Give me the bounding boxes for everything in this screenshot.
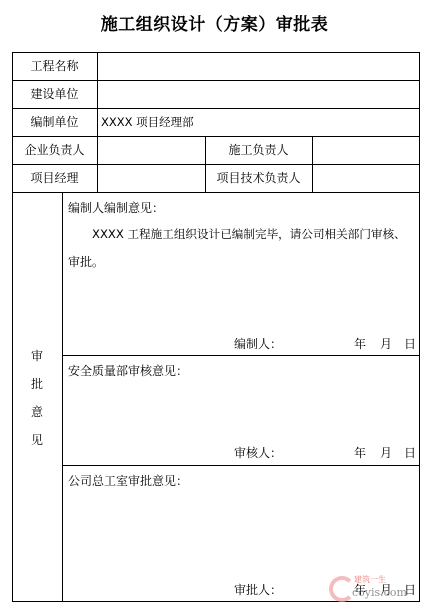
signer-label: 审核人： [234, 444, 282, 461]
date-year: 年 [354, 335, 366, 352]
col-divider [62, 192, 63, 602]
watermark-en: coyis.com [352, 586, 407, 599]
side-char: 意 [12, 398, 62, 426]
date-year: 年 [354, 444, 366, 461]
label-enterprise-head: 企业负责人 [12, 136, 97, 164]
row-divider [12, 192, 420, 193]
section-divider [62, 465, 420, 466]
watermark-cn: 建筑一生 [354, 574, 386, 585]
section-heading: 安全质量部审核意见： [68, 362, 188, 379]
label-construction-head: 施工负责人 [205, 136, 312, 164]
section-divider [62, 355, 420, 356]
label-client-unit: 建设单位 [12, 80, 97, 108]
table-border-right [419, 52, 420, 602]
date-day: 日 [404, 444, 416, 461]
value-compiling-unit[interactable]: XXXX 项目经理部 [101, 108, 416, 136]
signer-label: 审批人： [234, 581, 282, 598]
side-char: 见 [12, 426, 62, 454]
date-month: 月 [380, 335, 392, 352]
date-day: 日 [404, 335, 416, 352]
label-technical-head: 项目技术负责人 [205, 164, 312, 192]
side-char: 审 [12, 342, 62, 370]
col-divider [97, 52, 98, 192]
col-divider [312, 136, 313, 192]
date-month: 月 [380, 444, 392, 461]
approval-opinion-side-label: 审 批 意 见 [12, 342, 62, 454]
section-body[interactable]: XXXX 工程施工组织设计已编制完毕，请公司相关部门审核、 [92, 226, 406, 242]
section-body[interactable]: 审批。 [68, 253, 104, 270]
label-project-name: 工程名称 [12, 52, 97, 80]
section-heading: 编制人编制意见： [68, 199, 164, 216]
watermark: 建筑一生 coyis.com [322, 572, 422, 608]
label-project-manager: 项目经理 [12, 164, 97, 192]
label-compiling-unit: 编制单位 [12, 108, 97, 136]
side-char: 批 [12, 370, 62, 398]
signer-label: 编制人： [234, 335, 282, 352]
section-heading: 公司总工室审批意见： [68, 472, 188, 489]
document-title: 施工组织设计（方案）审批表 [0, 10, 429, 35]
